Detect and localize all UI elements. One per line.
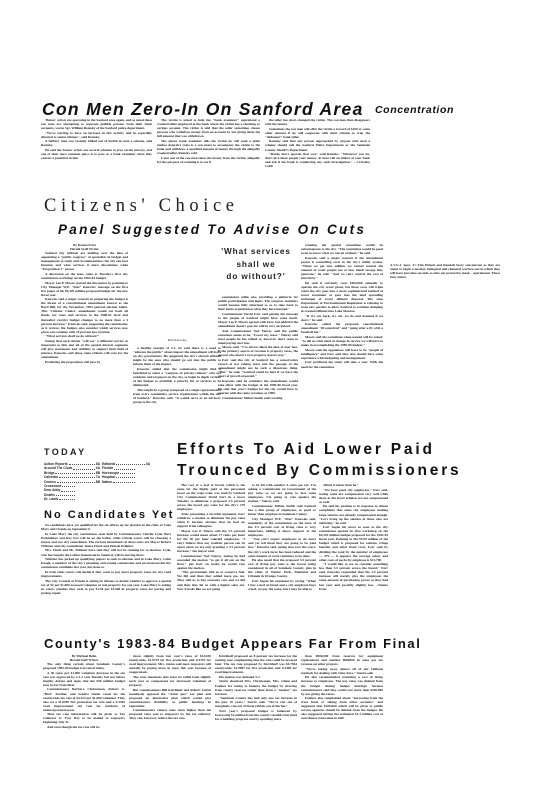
county-budget-column-3: Kirchhoff proposed an 8 percent tax incr… (215, 654, 297, 754)
paragraph: Sometimes the con men will offer the vic… (265, 127, 370, 139)
paragraph: 'Bunco' artists are operating in the San… (41, 118, 152, 130)
no-candidates-body: No candidates have yet qualified for the… (41, 523, 171, 621)
con-men-column-3: the teller has short-changed the victim.… (265, 118, 370, 176)
paragraph: And even though the tax rate will be (43, 725, 125, 729)
con-men-column-1: 'Bunco' artists are operating in the San… (41, 118, 152, 176)
lower-paid-headline-line-1: Efforts To Aid Lower Paid (177, 441, 435, 459)
paragraph: He said it currently costs $465,000 annu… (301, 281, 383, 313)
index-entry-name: Dr. Lamb (44, 497, 58, 501)
paragraph: Remsky said that any person approached b… (265, 139, 370, 151)
paragraph: Knowles said he considers the amendment … (218, 379, 298, 395)
paragraph: And Commissioner Ned Yancey said the pub… (218, 329, 298, 345)
county-budget-headline: County's 1983-84 Budget Appears Far From… (44, 636, 421, 651)
paragraph: Commissioners Barbara Christensen, Rober… (43, 687, 125, 711)
paragraph: "We have good city employees," Farr said… (319, 488, 388, 504)
index-entry-name: Nation (102, 480, 112, 484)
paragraph: Moore said the committee when named will… (301, 335, 383, 347)
paragraph: The state mandates that taxes be rolled … (129, 675, 211, 687)
paragraph: The City Council of Oviedo is asking its… (41, 579, 171, 595)
county-budget-column-1: By Michael Behn Herald Staff Writer The … (43, 654, 125, 754)
paragraph: The only thing certain about Seminole Co… (43, 662, 125, 670)
concentration-headline: Concentration (375, 104, 454, 116)
paragraph: Farr said the city of Sanford has a cons… (218, 358, 298, 378)
paragraph: That tax rate information will be given … (43, 712, 125, 724)
paragraph: Commissioner Milton Smith said Sanford h… (248, 504, 316, 516)
paragraph: Sanford city officials are mulling over … (41, 251, 128, 271)
index-entry-page: 4A (146, 462, 150, 466)
today-index-left: Action Reports8A Around The Clock4A Brid… (44, 462, 100, 502)
today-index-title: TODAY (44, 447, 87, 457)
paragraph: creating the special committee would be … (301, 243, 383, 255)
citizens-choice-column-4: creating the special committee would be … (301, 243, 383, 425)
pull-quote: 'What services shall we do without?' (212, 246, 300, 284)
paragraph: "We're starting to have an increase in t… (41, 131, 152, 139)
paragraph: to be hit with another 4 cents gas tax. … (248, 483, 316, 503)
paragraph: City Manager W.E. "Pete" Knowles said, u… (248, 517, 316, 537)
paragraph: Commissioners cannot raise taxes higher … (129, 708, 211, 720)
paragraph: He also noted that the proposed 3.5 perc… (248, 558, 316, 578)
paragraph: Mayor Lee P. Moore said the 3.5 percent … (177, 529, 245, 553)
paragraph: "We're taking away almost all of our fal… (301, 667, 383, 675)
lower-paid-column-3: afford it better than he." "We have good… (319, 483, 388, 623)
paragraph: Knowles called the proposed constitution… (301, 322, 383, 334)
paragraph: Commissioner David Farr said getting the… (218, 312, 298, 328)
paragraph: "Banks don't operate that way" said Rems… (265, 152, 370, 168)
paragraph: "I would like to see us consider somethi… (319, 562, 388, 590)
paragraph: He also recommended returning a cost of … (301, 675, 383, 695)
citizens-choice-column-1: By Donna Estes Herald Staff Writer Sanfo… (41, 243, 128, 425)
paragraph: the teller has short-changed the victim.… (265, 118, 370, 126)
paragraph: Farr began his argument by saying "When … (248, 579, 316, 591)
paragraph: Farr predicted the study will take a yea… (301, 360, 383, 368)
paragraph: A discussion on the issue came at Tuesda… (41, 272, 128, 280)
paragraph: Later one of the con men takes the money… (157, 156, 260, 164)
paragraph: Knowles said a major concern if the amen… (301, 256, 383, 280)
paragraph: The victim is asked to help the "bank ex… (157, 118, 260, 138)
paragraph: The cost of a loaf of bread, which is th… (177, 483, 245, 511)
no-candidates-headline: No Candidates Yet (44, 509, 174, 521)
paragraph: The phony bank examiner tells the victim… (157, 139, 260, 155)
paragraph: Farr began his move as soon as the city … (319, 525, 388, 561)
paragraph: After presenting a forceful argument, Fa… (177, 512, 245, 528)
paragraph: "If it's cut back, it's cut, we do and d… (301, 314, 383, 322)
paragraph: He said the 'bunco' artists use several … (41, 148, 152, 160)
paragraph: afford it better than he." (319, 483, 388, 487)
paragraph: A 30 cents per $1,000 valuation decrease… (43, 671, 125, 687)
county-budget-column-4: than $800,000 from reserves for equipmen… (301, 654, 383, 754)
sub-byline: Pete Knowles (133, 338, 221, 342)
con-men-column-2: The victim is asked to help the "bank ex… (157, 118, 260, 176)
paragraph: But commissioners Bill Kirchhoff and Rob… (129, 688, 211, 708)
today-index-right: Editorial4A Florida Horoscope Hospital N… (102, 462, 150, 484)
paragraph: Feather also complained about "borrowing… (301, 696, 383, 720)
paragraph: His motion was defeated 3-2. (215, 675, 297, 679)
paragraph: than $800,000 from reserves for equipmen… (301, 654, 383, 666)
paragraph: Commissioner Ned Yancey, noting he had s… (177, 554, 245, 570)
paragraph: commission while also providing a platfo… (218, 295, 298, 311)
citizens-choice-column-2: Pete Knowles a healthy margin of 2-1, he… (133, 338, 221, 425)
paragraph: This might be a group composed of a sing… (133, 388, 221, 404)
lower-paid-column-2: to be hit with another 4 cents gas tax. … (248, 483, 316, 623)
paragraph: "You can't expect employees to do more a… (248, 537, 316, 557)
index-entry[interactable]: Nation (102, 480, 136, 484)
county-budget-column-2: down slightly from last year's rates of … (129, 654, 211, 754)
paragraph: "Seminole County has had only one tax in… (215, 696, 297, 708)
paragraph: Sturm chastised Mrs. Christensen, Mrs. G… (215, 679, 297, 695)
paragraph: Knowles added that the commission might … (133, 367, 221, 387)
paragraph: Predicting the proposition will pass by (41, 360, 128, 364)
paragraph: Whittier has picked up qualifying papers… (41, 557, 171, 569)
citizens-choice-column-3: commission while also providing a platfo… (218, 295, 298, 425)
concentration-caption: A.V.G.J. Spec. 4's Tim Pickett and Randa… (390, 263, 500, 293)
paragraph: down slightly from last year's rates of … (129, 654, 211, 674)
paragraph: Kirchhoff proposed an 8 percent tax incr… (215, 654, 297, 674)
lower-paid-headline-line-2: Trounced By Commissioners (177, 462, 461, 480)
citizens-choice-kicker: Citizens' Choice (44, 196, 239, 217)
paragraph: A DeBary man was recently bilked out of … (41, 139, 152, 147)
paragraph: Noting that each citizen "will see" a di… (41, 339, 128, 359)
paragraph: a healthy margin of 2-1, he said there i… (133, 346, 221, 366)
paragraph: Moore said the appointees will have to b… (301, 348, 383, 360)
pull-quote-line: shall we (212, 259, 300, 272)
con-men-headline: Con Men Zero-In On Sanford Area (42, 99, 364, 120)
caption-text: A.V.G.J. Spec. 4's Tim Pickett and Randa… (390, 263, 500, 279)
paragraph: Mayor Lee P. Moore started the discussio… (41, 281, 128, 297)
index-entry[interactable]: Dr. Lamb (44, 497, 76, 501)
paragraph: In both cities voters will decide if the… (41, 570, 171, 578)
paragraph: Mrs. Finch and Ms. Pelletier have said t… (41, 548, 171, 556)
paragraph: Moore said, "I've always liked the idea … (218, 345, 298, 357)
citizens-choice-headline: Panel Suggested To Advise On Cuts (58, 222, 366, 237)
paragraph: Knowles said a major concern in preparin… (41, 297, 128, 333)
paragraph: He said his position is in response to c… (319, 504, 388, 524)
pull-quote-line: do without?' (212, 271, 300, 284)
index-entry-page: 8B (96, 480, 100, 484)
paragraph: In Lake Mary the city commission seats h… (41, 532, 171, 548)
paragraph: "The government told us to conserve fuel… (177, 570, 245, 590)
lower-paid-column-1: The cost of a loaf of bread, which is th… (177, 483, 245, 623)
paragraph: No candidates have yet qualified for the… (41, 523, 171, 531)
paragraph: "What services shall we do without?" (41, 334, 128, 338)
pull-quote-line: 'What services (212, 246, 300, 259)
paragraph: Next year's proposed budget is balanced … (215, 709, 297, 721)
paragraph: Commissioner Milton Smith said creating (218, 396, 298, 400)
